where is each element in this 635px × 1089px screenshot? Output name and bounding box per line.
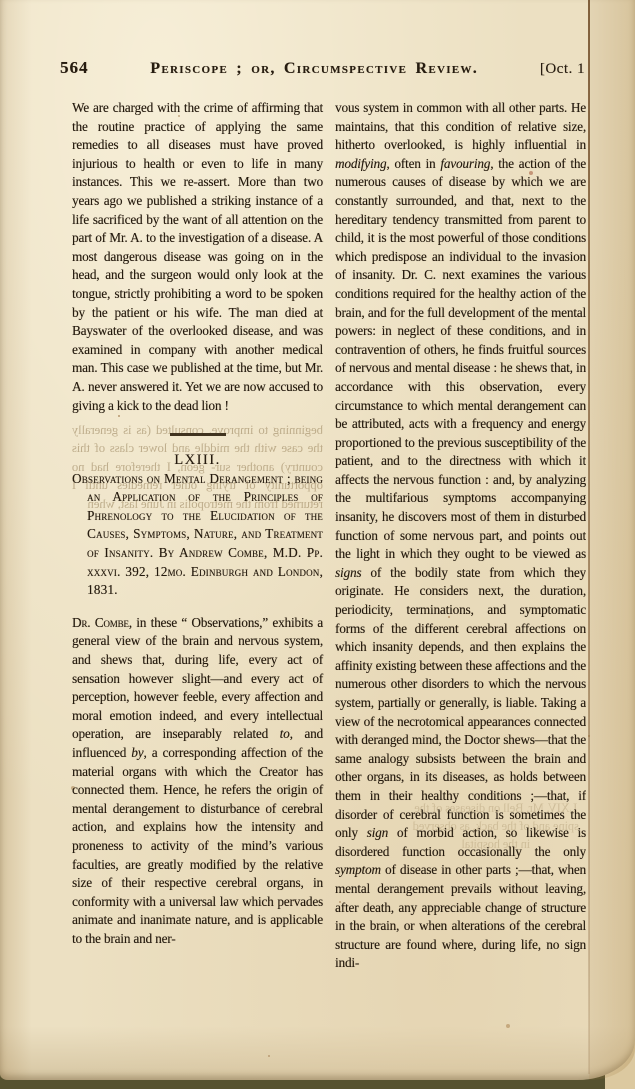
page-number: 564 <box>60 58 89 78</box>
issue-date: [Oct. 1 <box>540 61 585 78</box>
paragraph: vous system in common with all other par… <box>335 99 586 973</box>
paragraph: We are charged with the crime of affirmi… <box>72 99 323 415</box>
page-header: 564 Periscope ; or, Circumspective Revie… <box>60 58 585 78</box>
scanned-page: 564 Periscope ; or, Circumspective Revie… <box>0 0 635 1089</box>
book-page: 564 Periscope ; or, Circumspective Revie… <box>0 0 635 1080</box>
section-rule <box>170 433 226 436</box>
paragraph: Dr. Combe, in these “ Observations,” exh… <box>72 614 323 949</box>
text-columns: We are charged with the crime of affirmi… <box>72 99 586 1004</box>
right-column: vous system in common with all other par… <box>335 99 586 1004</box>
running-title: Periscope ; or, Circumspective Review. <box>89 60 540 78</box>
page-fold-line <box>588 0 590 1074</box>
article-number-heading: LXIII. <box>72 451 323 470</box>
page-gutter-shade <box>589 0 635 1080</box>
left-column: We are charged with the crime of affirmi… <box>72 99 323 1004</box>
article-title: Observations on Mental Derangement ; bei… <box>72 470 323 600</box>
